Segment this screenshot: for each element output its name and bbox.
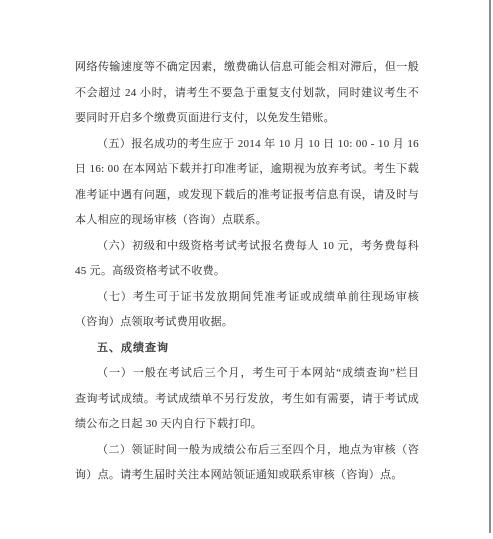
text-line: （二）领证时间一般为成绩公布后三至四个月，地点为审核（咨 — [75, 438, 419, 464]
text-line: （五）报名成功的考生应于 2014 年 10 月 10 日 10: 00 - 1… — [75, 132, 419, 158]
text-line: （七）考生可于证书发放期间凭准考证或成绩单前往现场审核 — [75, 285, 419, 311]
text-line: （咨询）点领取考试费用收据。 — [75, 310, 419, 336]
section-heading: 五、成绩查询 — [75, 336, 419, 362]
document-page: 网络传输速度等不确定因素，缴费确认信息可能会相对滞后，但一般 不会超过 24 小… — [0, 0, 493, 539]
text-line: 要同时开启多个缴费页面进行支付，以免发生错账。 — [75, 106, 419, 132]
text-line: 不会超过 24 小时，请考生不要急于重复支付划款，同时建议考生不 — [75, 81, 419, 107]
text-line: 询）点。请考生届时关注本网站领证通知或联系审核（咨询）点。 — [75, 463, 419, 489]
text-line: 日 16: 00 在本网站下载并打印准考证，逾期视为放弃考试。考生下载 — [75, 157, 419, 183]
text-line: 网络传输速度等不确定因素，缴费确认信息可能会相对滞后，但一般 — [75, 55, 419, 81]
text-line: （一）一般在考试后三个月，考生可于本网站“成绩查询”栏目 — [75, 361, 419, 387]
text-line: 绩公布之日起 30 天内自行下载打印。 — [75, 412, 419, 438]
text-line: 45 元。高级资格考试不收费。 — [75, 259, 419, 285]
text-line: （六）初级和中级资格考试考试报名费每人 10 元，考务费每科 — [75, 234, 419, 260]
page-edge-line — [489, 0, 491, 533]
document-text-block: 网络传输速度等不确定因素，缴费确认信息可能会相对滞后，但一般 不会超过 24 小… — [75, 55, 419, 489]
text-line: 查询考试成绩。考试成绩单不另行发放，考生如有需要，请于考试成 — [75, 387, 419, 413]
text-line: 准考证中遇有问题，或发现下载后的准考证报考信息有误，请及时与 — [75, 183, 419, 209]
text-line: 本人相应的现场审核（咨询）点联系。 — [75, 208, 419, 234]
